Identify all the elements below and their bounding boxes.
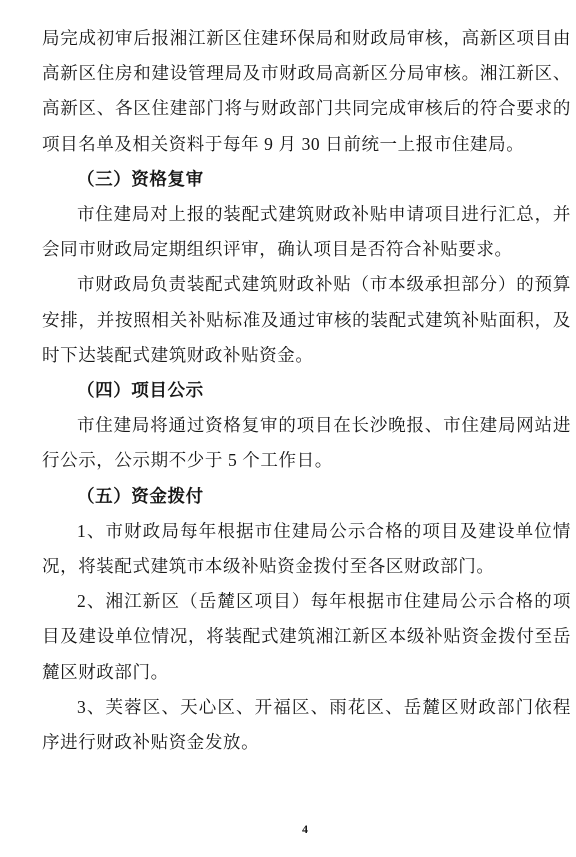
- section-heading: （四）项目公示: [42, 373, 571, 408]
- paragraph: 1、市财政局每年根据市住建局公示合格的项目及建设单位情况，将装配式建筑市本级补贴…: [42, 514, 571, 584]
- page-number: 4: [0, 822, 576, 837]
- section-heading: （三）资格复审: [42, 162, 571, 197]
- paragraph: 市财政局负责装配式建筑财政补贴（市本级承担部分）的预算安排，并按照相关补贴标准及…: [42, 267, 571, 373]
- paragraph: 市住建局对上报的装配式建筑财政补贴申请项目进行汇总，并会同市财政局定期组织评审，…: [42, 197, 571, 267]
- paragraph: 局完成初审后报湘江新区住建环保局和财政局审核，高新区项目由高新区住房和建设管理局…: [42, 21, 571, 162]
- paragraph: 市住建局将通过资格复审的项目在长沙晚报、市住建局网站进行公示，公示期不少于 5 …: [42, 408, 571, 478]
- paragraph: 3、芙蓉区、天心区、开福区、雨花区、岳麓区财政部门依程序进行财政补贴资金发放。: [42, 690, 571, 760]
- document-page: 局完成初审后报湘江新区住建环保局和财政局审核，高新区项目由高新区住房和建设管理局…: [0, 0, 576, 857]
- section-heading: （五）资金拨付: [42, 479, 571, 514]
- document-body: 局完成初审后报湘江新区住建环保局和财政局审核，高新区项目由高新区住房和建设管理局…: [42, 21, 571, 760]
- paragraph: 2、湘江新区（岳麓区项目）每年根据市住建局公示合格的项目及建设单位情况，将装配式…: [42, 584, 571, 690]
